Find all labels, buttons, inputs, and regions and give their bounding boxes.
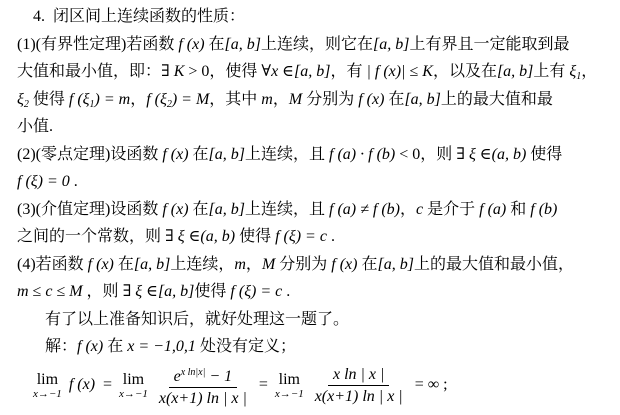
text-segment: 上连续，则它在: [261, 36, 373, 53]
text-segment: 上的最大值和最小值，: [414, 256, 574, 273]
text-segment: ) = M: [172, 91, 209, 108]
text-segment: 在: [114, 256, 134, 273]
text-segment: f (b): [530, 201, 557, 218]
text-segment: ，: [273, 91, 289, 108]
text-line: 大值和最小值，即：∃ K > 0，使得 ∀x ∈[a, b]，有 | f (x)…: [0, 58, 620, 86]
text-segment: ∈: [476, 146, 492, 163]
formula-segment: = ∞ ;: [415, 376, 448, 394]
text-segment: 使得: [526, 146, 562, 163]
text-segment: f (a) · f (b): [329, 146, 395, 163]
text-segment: f (x): [178, 36, 204, 53]
text-segment: 使得: [235, 228, 275, 245]
text-segment: ，: [581, 63, 597, 80]
text-segment: ξ: [178, 228, 185, 245]
text-line: f (ξ) = 0 .: [0, 168, 620, 196]
text-segment: 之间的一个常数，则: [17, 228, 165, 245]
text-segment: (4)若函数: [17, 256, 88, 273]
text-segment: 在: [189, 201, 209, 218]
text-segment: f (x): [77, 338, 103, 355]
text-segment: 上有: [533, 63, 569, 80]
text-segment: f (ξ: [146, 91, 167, 108]
text-segment: ，则: [83, 283, 123, 300]
math-segment: x(x+1) ln | x |: [315, 388, 403, 405]
text-segment: 分别为: [275, 256, 331, 273]
lim-operator: limx→−1: [119, 371, 148, 400]
text-segment: ∈: [142, 283, 158, 300]
text-segment: f (x): [358, 91, 384, 108]
formula-segment: =: [259, 376, 268, 394]
lim-operator: limx→−1: [33, 371, 62, 400]
fraction: ex ln|x| − 1x(x+1) ln | x |: [154, 363, 252, 408]
text-segment: < 0，则: [395, 146, 456, 163]
text-line: 之间的一个常数，则 ∃ ξ ∈(a, b) 使得 f (ξ) = c .: [0, 223, 620, 251]
text-segment: .: [327, 228, 335, 245]
math-segment: =: [259, 376, 268, 393]
text-segment: (a, b): [200, 228, 235, 245]
text-segment: [a, b]: [497, 63, 533, 80]
fraction-numerator: ex ln|x| − 1: [169, 363, 238, 388]
text-segment: f (a) ≠ f (b): [329, 201, 400, 218]
text-segment: ∃: [161, 63, 174, 80]
text-segment: 在: [384, 91, 404, 108]
text-segment: ，有: [330, 63, 366, 80]
text-segment: m: [261, 91, 273, 108]
formula-segment: f (x): [69, 376, 95, 394]
text-segment: m: [234, 256, 246, 273]
text-segment: M: [289, 91, 302, 108]
text-segment: 分别为: [302, 91, 358, 108]
math-segment: e: [174, 368, 181, 385]
math-segment: x ln|x|: [181, 367, 206, 378]
math-segment: x ln | x |: [333, 366, 384, 383]
text-segment: ，: [246, 256, 262, 273]
lim-subscript: x→−1: [119, 388, 148, 400]
text-segment: 上有界且一定能取到最: [409, 36, 569, 53]
text-segment: 是介于: [423, 201, 479, 218]
math-segment: − 1: [205, 368, 232, 385]
text-line: 小值.: [0, 113, 620, 141]
text-segment: ，以及在: [433, 63, 497, 80]
text-line: (3)(介值定理)设函数 f (x) 在[a, b]上连续，且 f (a) ≠ …: [0, 196, 620, 224]
text-segment: ，: [400, 201, 416, 218]
text-segment: [a, b]: [225, 36, 261, 53]
text-segment: .: [282, 283, 290, 300]
text-segment: ∈: [185, 228, 201, 245]
text-line: (1)(有界性定理)若函数 f (x) 在[a, b]上连续，则它在[a, b]…: [0, 31, 620, 59]
text-line: (2)(零点定理)设函数 f (x) 在[a, b]上连续，且 f (a) · …: [0, 141, 620, 169]
text-segment: ξ: [17, 91, 24, 108]
text-segment: 处没有定义；: [196, 338, 296, 355]
text-segment: 小值.: [17, 118, 53, 135]
text-segment: 上连续，且: [245, 201, 329, 218]
text-segment: f (ξ) = c: [230, 283, 282, 300]
text-segment: [a, b]: [378, 256, 414, 273]
text-segment: ∈: [278, 63, 294, 80]
text-segment: f (x): [88, 256, 114, 273]
text-segment: f (ξ) = 0: [17, 173, 70, 190]
text-line: 4. 闭区间上连续函数的性质：: [0, 3, 620, 31]
text-segment: 上连续，: [170, 256, 234, 273]
text-segment: 4. 闭区间上连续函数的性质：: [33, 8, 245, 25]
text-segment: 使得: [29, 91, 69, 108]
lim-label: lim: [123, 371, 144, 388]
text-segment: m ≤ c ≤ M: [17, 283, 83, 300]
fraction-numerator: x ln | x |: [328, 365, 389, 386]
limit-formula: limx→−1f (x)=limx→−1ex ln|x| − 1x(x+1) l…: [30, 358, 452, 412]
math-segment: x(x+1) ln | x |: [159, 390, 247, 407]
text-segment: ，其中: [209, 91, 261, 108]
fraction: x ln | x |x(x+1) ln | x |: [310, 365, 408, 406]
text-segment: f (x): [162, 146, 188, 163]
text-segment: (a, b): [492, 146, 527, 163]
lim-subscript: x→−1: [33, 388, 62, 400]
text-segment: 解：: [45, 338, 77, 355]
text-segment: 在: [103, 338, 127, 355]
text-segment: | f (x)| ≤ K: [366, 63, 432, 80]
text-segment: [a, b]: [209, 146, 245, 163]
text-segment: 有了以上准备知识后，就好处理这一题了。: [45, 311, 349, 328]
formula-segment: =: [103, 376, 112, 394]
document-page: 4. 闭区间上连续函数的性质：(1)(有界性定理)若函数 f (x) 在[a, …: [0, 0, 620, 415]
text-segment: f (ξ) = c: [275, 228, 327, 245]
text-line: ξ2 使得 f (ξ1) = m，f (ξ2) = M，其中 m，M 分别为 f…: [0, 86, 620, 114]
text-segment: ∀: [261, 63, 271, 80]
text-segment: 大值和最小值，即：: [17, 63, 161, 80]
text-segment: 上的最大值和最: [441, 91, 553, 108]
text-segment: 上连续，且: [245, 146, 329, 163]
text-line: 有了以上准备知识后，就好处理这一题了。: [0, 306, 620, 334]
text-segment: [a, b]: [158, 283, 194, 300]
text-segment: 使得: [194, 283, 230, 300]
lim-label: lim: [37, 371, 58, 388]
text-segment: ) = m: [95, 91, 131, 108]
text-segment: ∃: [456, 146, 469, 163]
text-segment: 和: [506, 201, 530, 218]
text-segment: ∃: [165, 228, 178, 245]
math-segment: f (x): [69, 376, 95, 393]
text-segment: M: [262, 256, 275, 273]
lim-operator: limx→−1: [275, 371, 304, 400]
text-segment: [a, b]: [134, 256, 170, 273]
text-segment: f (x): [162, 201, 188, 218]
text-line: 解：f (x) 在 x = −1,0,1 处没有定义；: [0, 333, 620, 361]
lim-subscript: x→−1: [275, 388, 304, 400]
text-segment: K: [174, 63, 185, 80]
text-segment: (2)(零点定理)设函数: [17, 146, 162, 163]
fraction-denominator: x(x+1) ln | x |: [310, 386, 408, 406]
text-segment: .: [70, 173, 78, 190]
text-segment: (1)(有界性定理)若函数: [17, 36, 178, 53]
text-line: (4)若函数 f (x) 在[a, b]上连续，m，M 分别为 f (x) 在[…: [0, 251, 620, 279]
text-segment: ξ: [469, 146, 476, 163]
text-segment: 在: [357, 256, 377, 273]
text-segment: 在: [189, 146, 209, 163]
text-segment: x = −1,0,1: [127, 338, 196, 355]
text-segment: [a, b]: [404, 91, 440, 108]
math-segment: =: [103, 376, 112, 393]
text-segment: ，: [130, 91, 146, 108]
text-segment: [a, b]: [294, 63, 330, 80]
text-segment: (3)(介值定理)设函数: [17, 201, 162, 218]
text-segment: > 0，使得: [184, 63, 261, 80]
text-line: m ≤ c ≤ M ，则 ∃ ξ ∈[a, b]使得 f (ξ) = c .: [0, 278, 620, 306]
text-segment: f (a): [479, 201, 506, 218]
fraction-denominator: x(x+1) ln | x |: [154, 388, 252, 408]
math-segment: = ∞ ;: [415, 376, 448, 393]
text-segment: 在: [205, 36, 225, 53]
lim-label: lim: [279, 371, 300, 388]
text-segment: f (x): [331, 256, 357, 273]
text-segment: [a, b]: [373, 36, 409, 53]
text-segment: [a, b]: [209, 201, 245, 218]
text-segment: ∃: [123, 283, 136, 300]
text-segment: f (ξ: [69, 91, 90, 108]
text-body: 4. 闭区间上连续函数的性质：(1)(有界性定理)若函数 f (x) 在[a, …: [0, 3, 620, 361]
